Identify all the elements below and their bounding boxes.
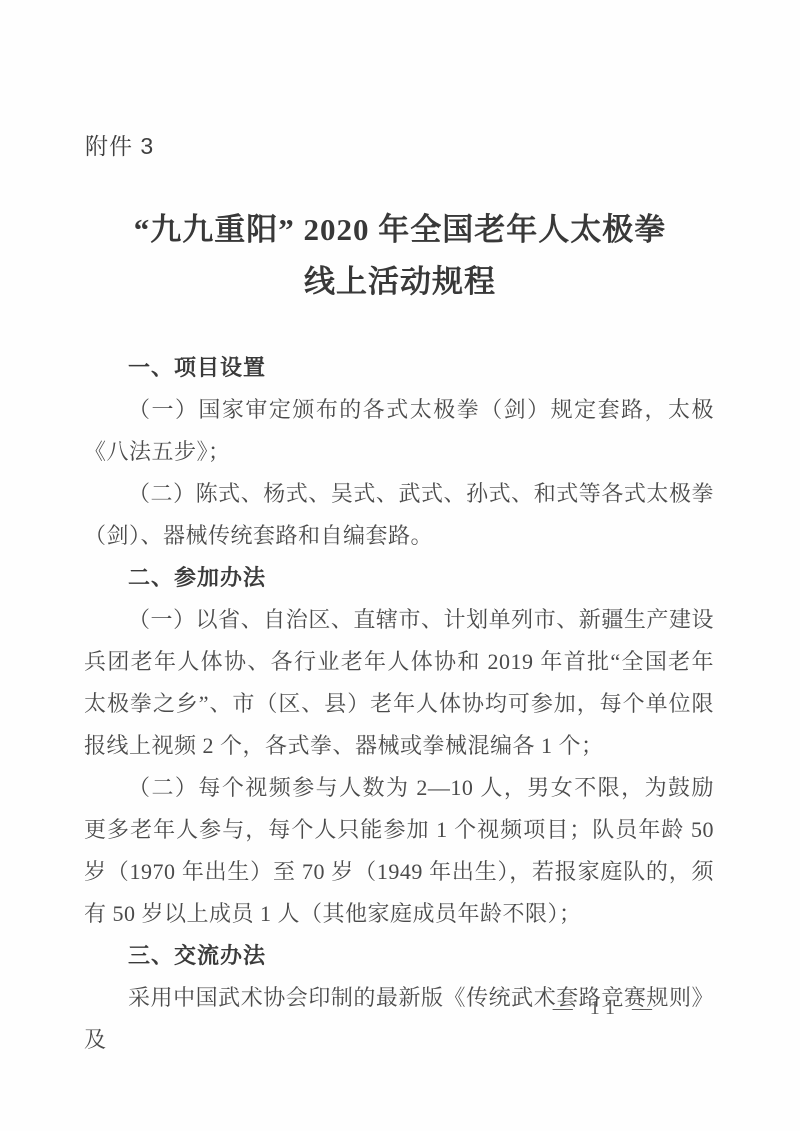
document-title: “九九重阳” 2020 年全国老年人太极拳 线上活动规程 xyxy=(0,204,800,308)
paragraph: （二）陈式、杨式、吴式、武式、孙式、和式等各式太极拳（剑）、器械传统套路和自编套… xyxy=(84,473,714,557)
paragraph: （一）国家审定颁布的各式太极拳（剑）规定套路，太极《八法五步》； xyxy=(84,389,714,473)
paragraph: （一）以省、自治区、直辖市、计划单列市、新疆生产建设兵团老年人体协、各行业老年人… xyxy=(84,599,714,767)
document-body: 一、项目设置 （一）国家审定颁布的各式太极拳（剑）规定套路，太极《八法五步》； … xyxy=(84,347,714,1061)
page-number: — 11 — xyxy=(553,997,658,1020)
attachment-label: 附件 3 xyxy=(85,128,154,161)
section-heading-2: 二、参加办法 xyxy=(84,557,714,599)
section-heading-3: 三、交流办法 xyxy=(84,935,714,977)
document-title-line-2: 线上活动规程 xyxy=(0,256,800,308)
section-heading-1: 一、项目设置 xyxy=(84,347,714,389)
document-page: 附件 3 “九九重阳” 2020 年全国老年人太极拳 线上活动规程 一、项目设置… xyxy=(0,0,800,1131)
document-title-line-1: “九九重阳” 2020 年全国老年人太极拳 xyxy=(0,204,800,256)
paragraph: （二）每个视频参与人数为 2—10 人，男女不限，为鼓励更多老年人参与，每个人只… xyxy=(84,767,714,935)
